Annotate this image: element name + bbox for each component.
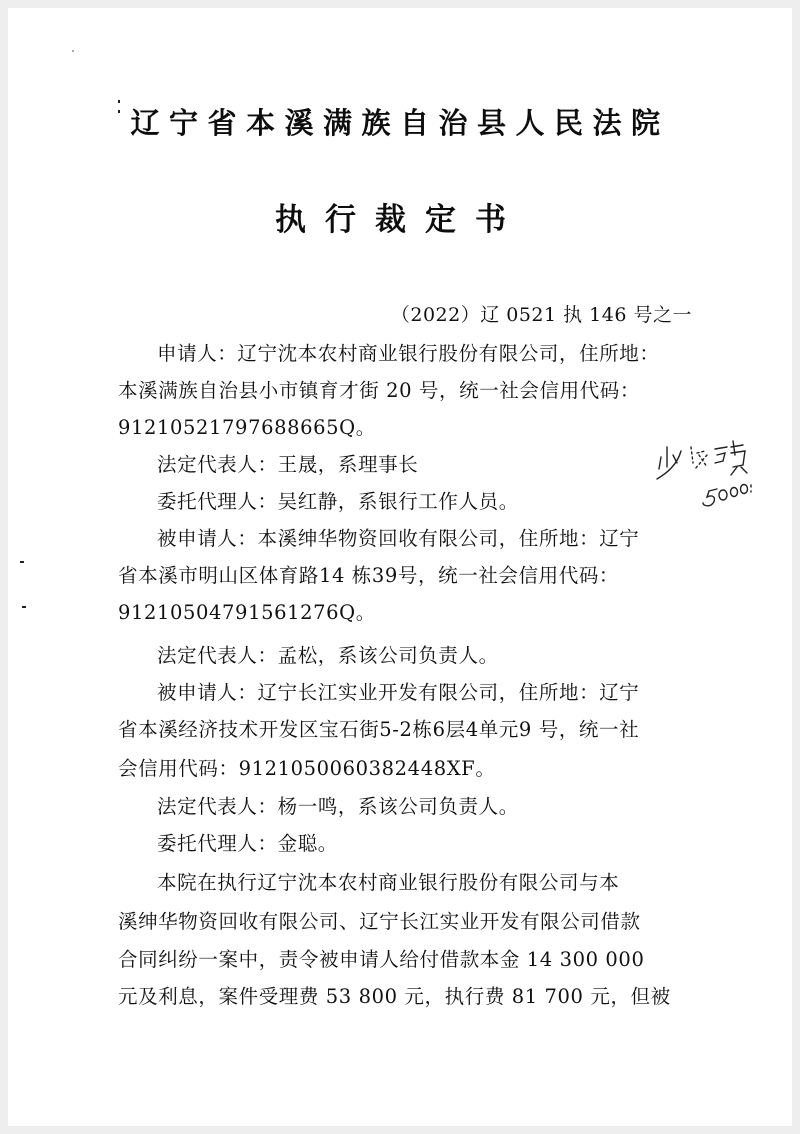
respondent-1-legal-representative: 法定代表人：孟松，系该公司负责人。 [157,642,499,670]
scan-speck [118,110,120,113]
applicant-credit-code: 91210521797688665Q。 [118,414,376,442]
body-paragraph-line-4: 元及利息，案件受理费 53 800 元，执行费 81 700 元，但被 [118,983,671,1011]
respondent-2-credit-code: 会信用代码：9121050060382448XF。 [118,755,495,783]
court-name-heading: 辽宁省本溪满族自治县人民法院 [8,103,792,143]
body-paragraph-line-1: 本院在执行辽宁沈本农村商业银行股份有限公司与本 [157,869,619,897]
respondent-2-agent: 委托代理人：金聪。 [157,830,338,858]
scan-speck [20,561,24,563]
respondent-1-credit-code: 91210504791561276Q。 [118,599,376,627]
respondent-2-legal-representative: 法定代表人：杨一鸣，系该公司负责人。 [157,793,519,821]
applicant-line-1: 申请人：辽宁沈本农村商业银行股份有限公司，住所地： [157,340,660,368]
applicant-legal-representative: 法定代表人：王晟，系理事长 [157,451,418,479]
respondent-1-line-2: 省本溪市明山区体育路14 栋39号，统一社会信用代码： [118,562,619,590]
scan-speck [72,50,74,52]
respondent-2-line-2: 省本溪经济技术开发区宝石街5-2栋6层4单元9 号，统一社 [118,716,639,744]
scan-speck [22,606,26,608]
case-number: （2022）辽 0521 执 146 号之一 [391,301,692,329]
applicant-line-2: 本溪满族自治县小市镇育才街 20 号，统一社会信用代码： [118,377,640,405]
body-paragraph-line-2: 溪绅华物资回收有限公司、辽宁长江实业开发有限公司借款 [118,908,641,936]
respondent-2-line-1: 被申请人：辽宁长江实业开发有限公司，住所地：辽宁 [157,679,639,707]
document-page: 辽宁省本溪满族自治县人民法院 执行裁定书 （2022）辽 0521 执 146 … [8,8,792,1126]
respondent-1-line-1: 被申请人：本溪绅华物资回收有限公司，住所地：辽宁 [157,525,639,553]
body-paragraph-line-3: 合同纠纷一案中，责令被申请人给付借款本金 14 300 000 [118,946,644,974]
applicant-agent: 委托代理人：吴红静，系银行工作人员。 [157,488,519,516]
document-type-heading: 执行裁定书 [8,198,792,242]
handwritten-annotation [653,433,793,513]
handwriting-icon [653,433,793,513]
scan-speck [118,100,120,103]
